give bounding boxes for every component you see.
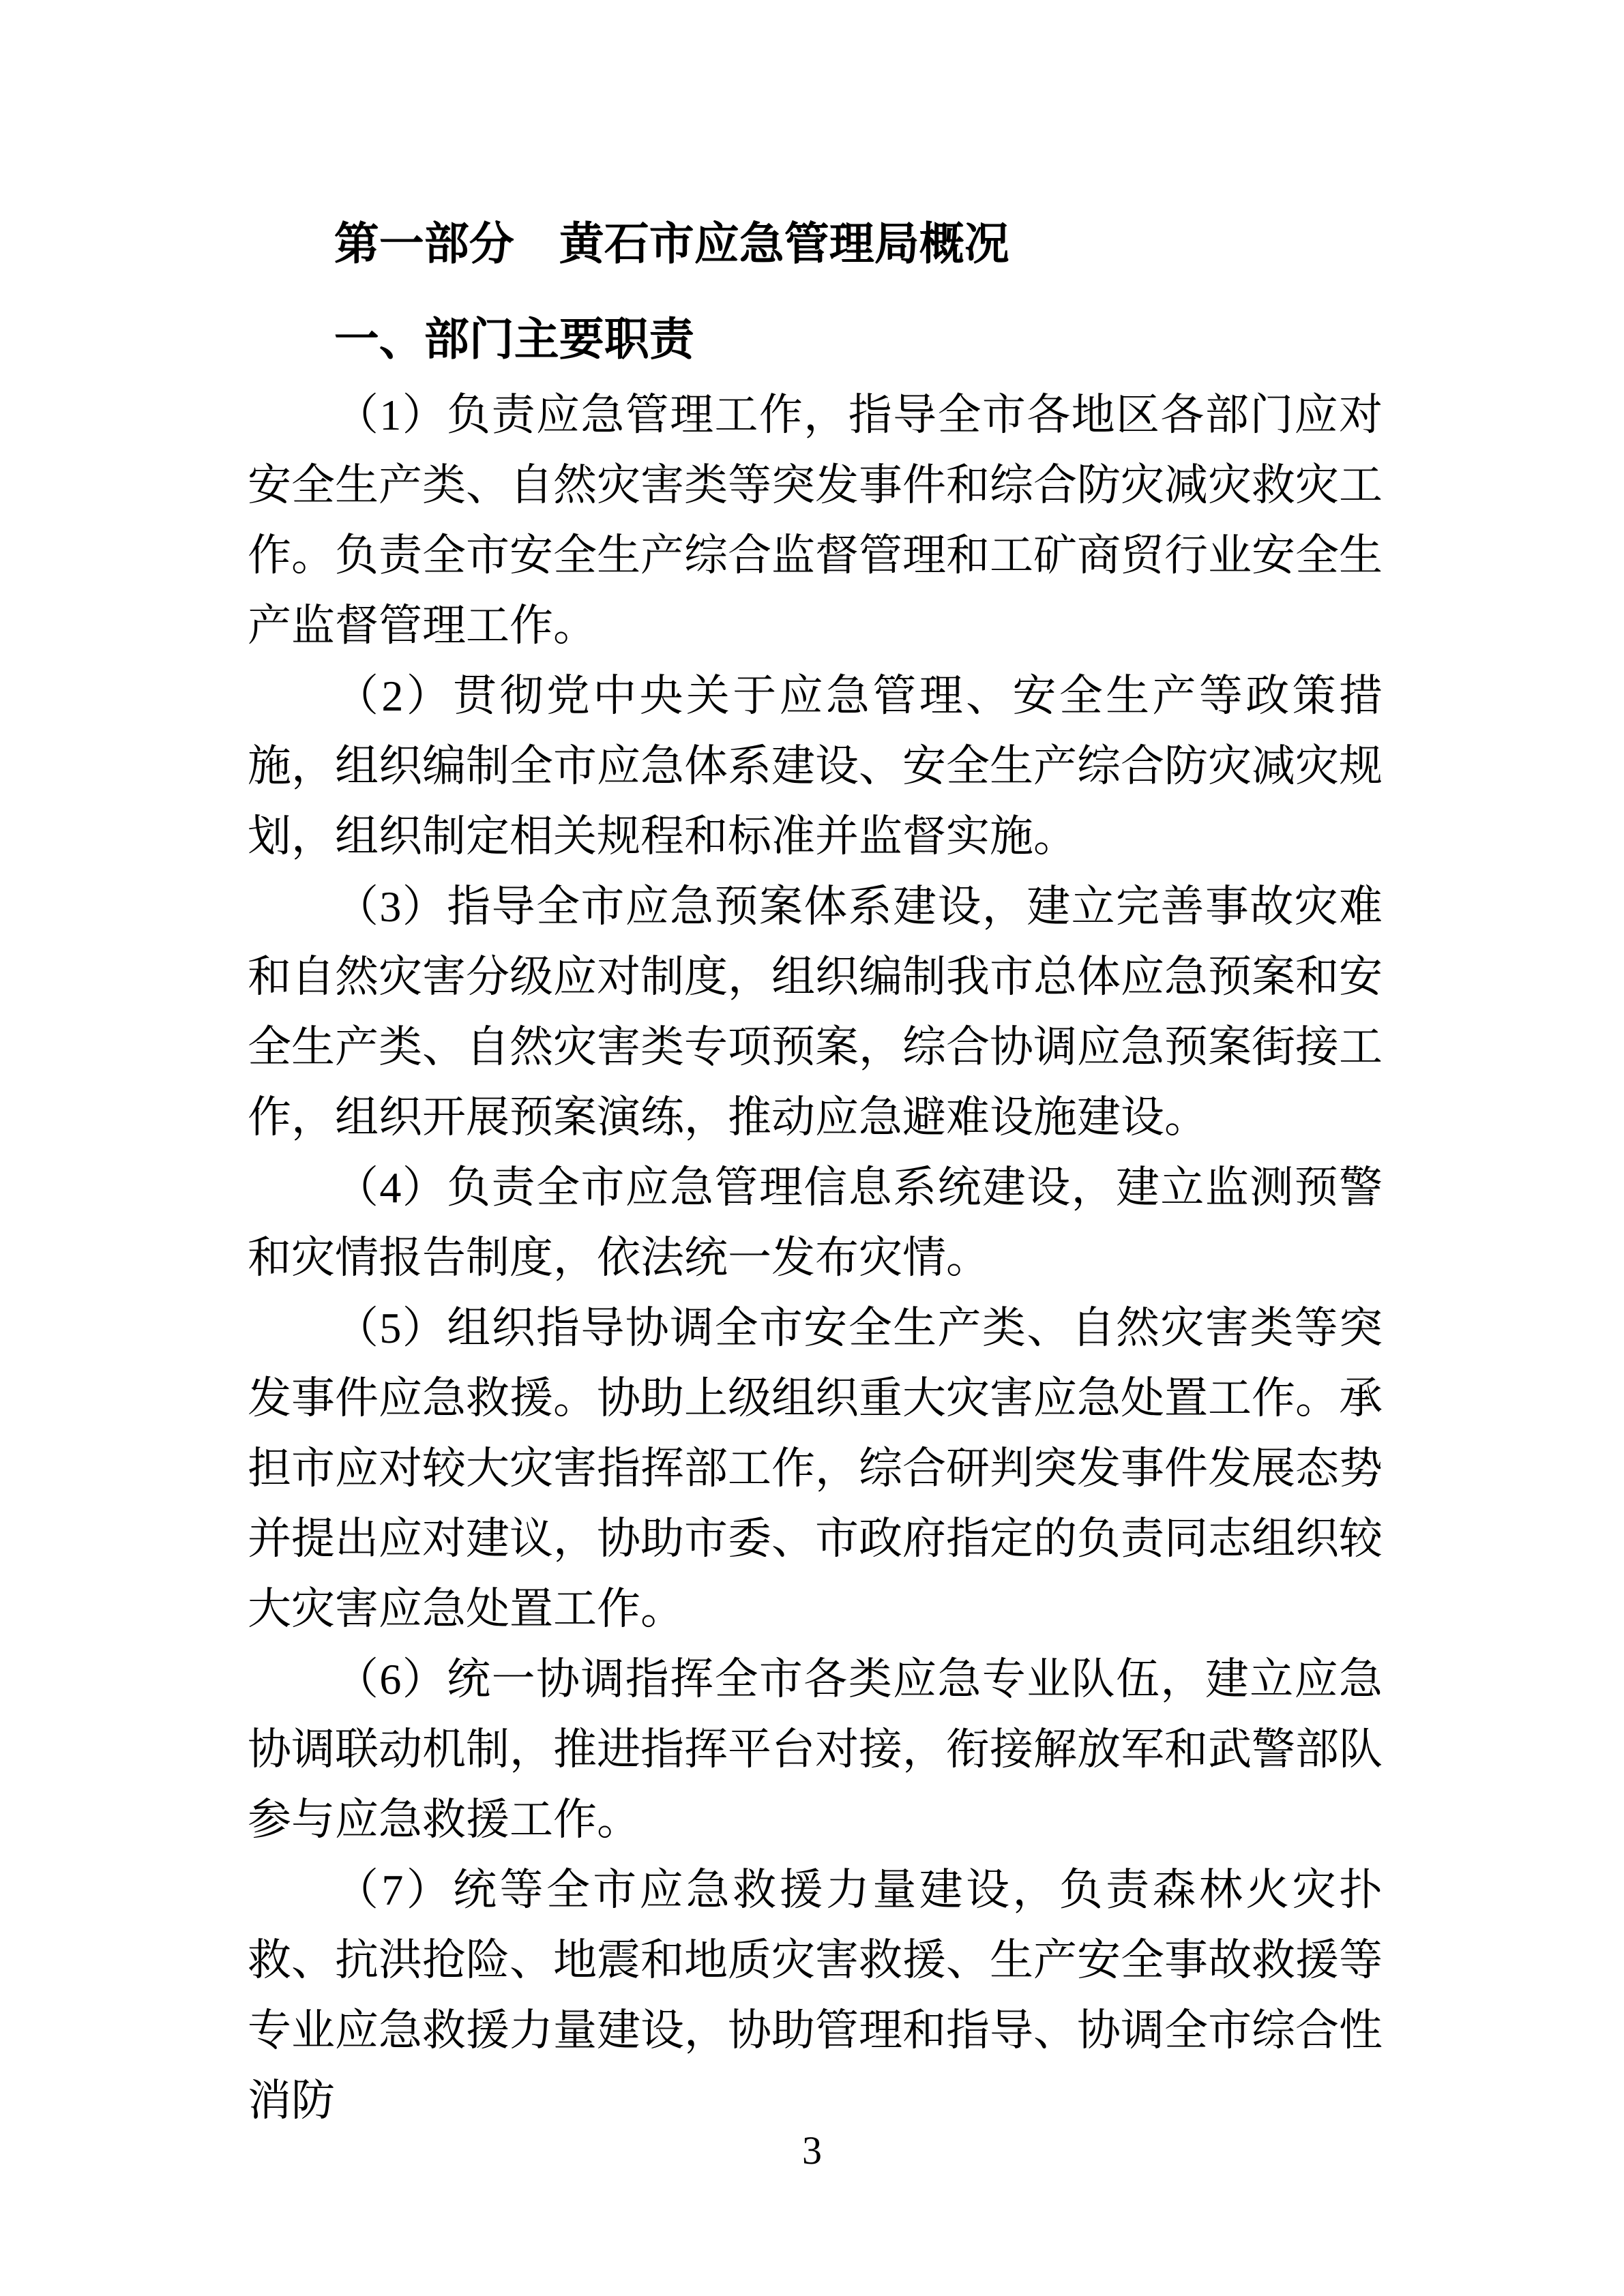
- paragraph-5: （5）组织指导协调全市安全生产类、自然灾害类等突发事件应急救援。协助上级组织重大…: [248, 1293, 1383, 1644]
- paragraph-list: （1）负责应急管理工作，指导全市各地区各部门应对安全生产类、自然灾害类等突发事件…: [248, 380, 1383, 2136]
- paragraph-7: （7）统等全市应急救援力量建设，负责森林火灾扑救、抗洪抢险、地震和地质灾害救援、…: [248, 1855, 1383, 2136]
- paragraph-2: （2）贯彻党中央关于应急管理、安全生产等政策措施，组织编制全市应急体系建设、安全…: [248, 661, 1383, 871]
- document-title: 第一部分 黄石市应急管理局概况: [248, 209, 1383, 279]
- paragraph-3: （3）指导全市应急预案体系建设，建立完善事故灾难和自然灾害分级应对制度，组织编制…: [248, 871, 1383, 1152]
- section-heading: 一、部门主要职责: [248, 304, 1383, 374]
- paragraph-4: （4）负责全市应急管理信息系统建设，建立监测预警和灾情报告制度，依法统一发布灾情…: [248, 1152, 1383, 1293]
- document-content: 第一部分 黄石市应急管理局概况 一、部门主要职责 （1）负责应急管理工作，指导全…: [0, 0, 1624, 2136]
- document-page: 第一部分 黄石市应急管理局概况 一、部门主要职责 （1）负责应急管理工作，指导全…: [0, 0, 1624, 2296]
- page-number: 3: [0, 2130, 1624, 2171]
- paragraph-6: （6）统一协调指挥全市各类应急专业队伍，建立应急协调联动机制，推进指挥平台对接，…: [248, 1644, 1383, 1855]
- paragraph-1: （1）负责应急管理工作，指导全市各地区各部门应对安全生产类、自然灾害类等突发事件…: [248, 380, 1383, 661]
